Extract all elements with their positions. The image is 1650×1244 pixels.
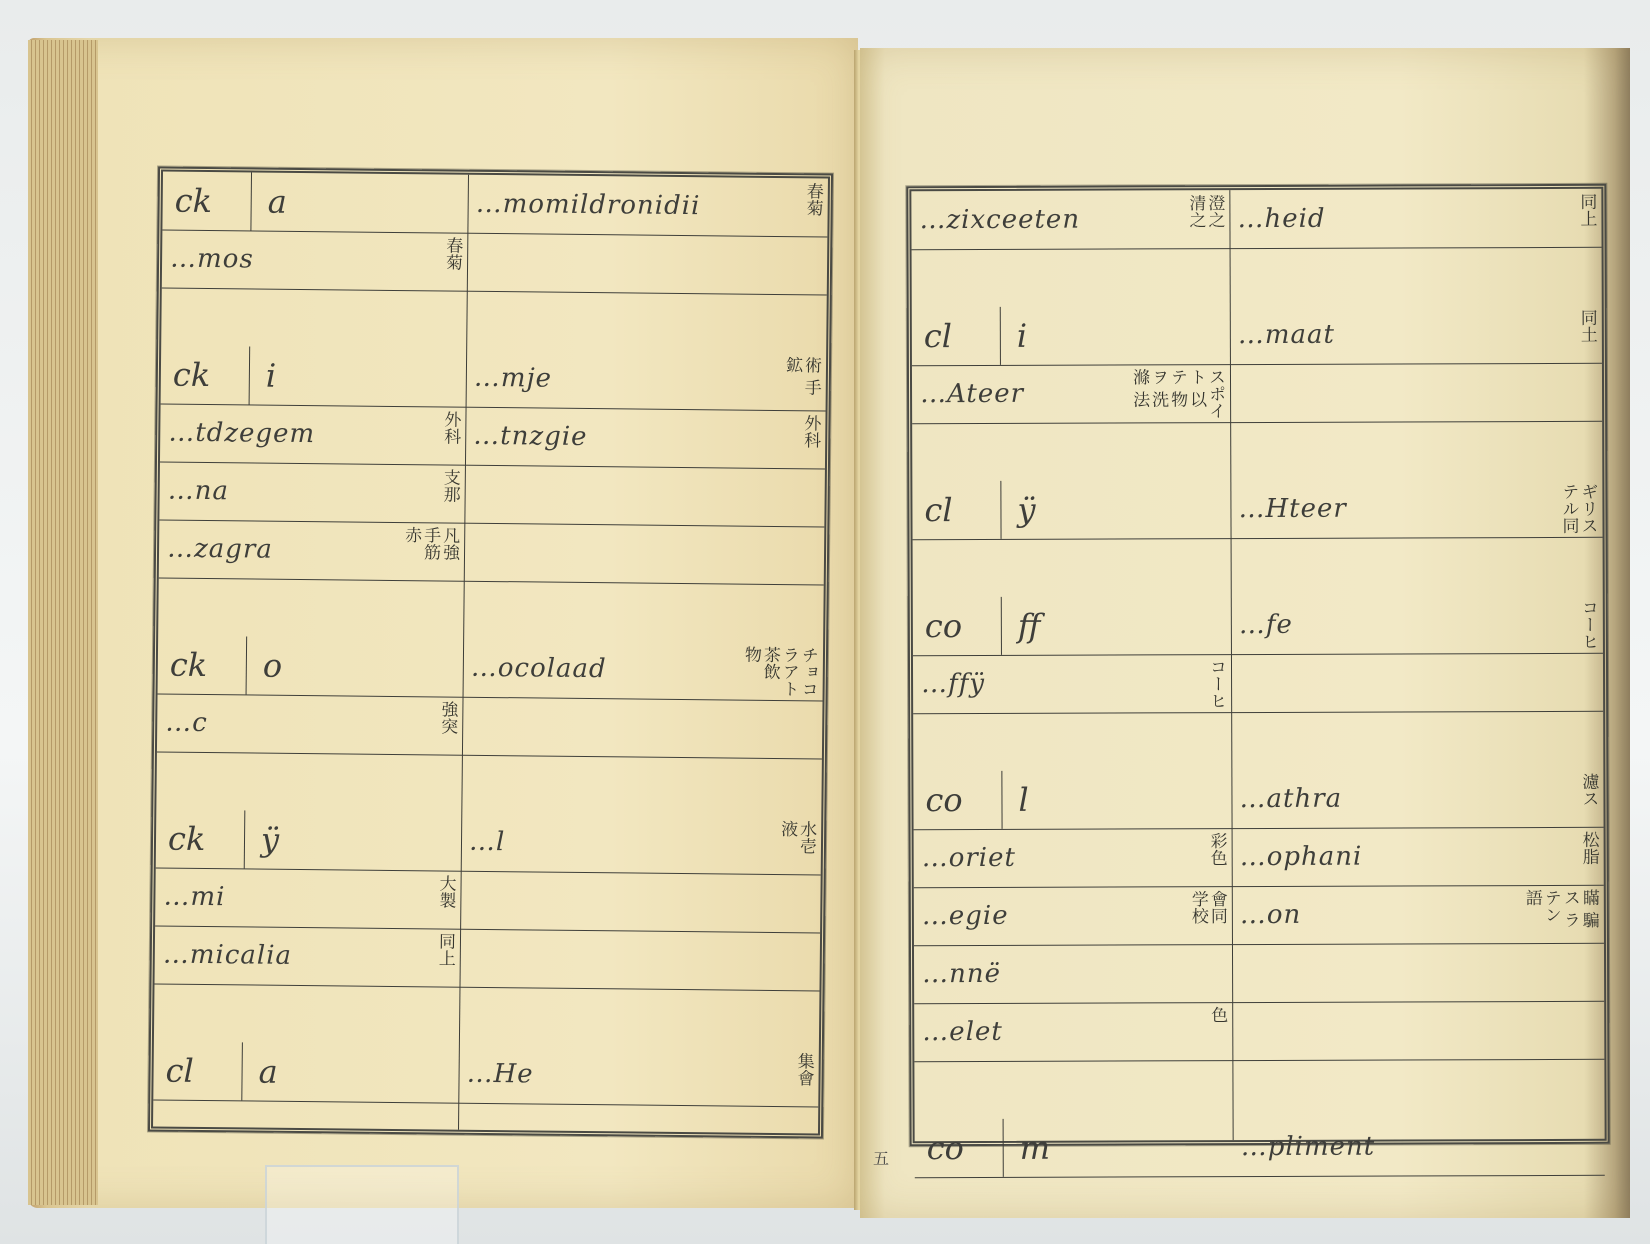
table-row: …nnë: [914, 943, 1604, 1004]
head-divider: [1003, 1119, 1004, 1177]
japanese-gloss: チョコラアト 茶飲 物: [741, 646, 818, 701]
dutch-word: …egie: [922, 901, 1009, 931]
japanese-gloss: ギリス テル同: [1558, 483, 1596, 537]
table-cell: …feコーヒ: [1231, 595, 1603, 654]
table-cell: …tdzegem外科: [160, 404, 466, 465]
dutch-word: …elet: [922, 1017, 1003, 1047]
section-letter: ÿ: [261, 821, 279, 859]
table-cell: …ffÿコーヒ: [913, 654, 1231, 713]
dutch-word: …maat: [1238, 320, 1335, 350]
section-letter: ÿ: [1017, 491, 1035, 529]
section-letter: i: [266, 357, 277, 395]
dutch-word: …tdzegem: [168, 418, 315, 450]
section-letter: i: [1017, 317, 1027, 355]
dutch-word: …tnzgie: [473, 421, 588, 452]
page-edges: [28, 40, 98, 1205]
dutch-word: …zixceeten: [919, 205, 1080, 236]
dutch-word: …ophani: [1240, 842, 1363, 872]
open-notebook: cka…momildronidii春菊…mos春菊cki…mje術 手鉱…tdz…: [28, 30, 1633, 1230]
dutch-word: …heid: [1237, 204, 1325, 234]
head-divider: [1001, 771, 1002, 829]
japanese-gloss: 會同 学校: [1188, 890, 1226, 944]
head-divider: [1000, 307, 1001, 365]
table-cell: …zixceeten澄之 清之: [911, 190, 1229, 249]
table-row: ckÿ…l水壱 液: [156, 810, 822, 876]
dutch-word: …fe: [1239, 610, 1293, 640]
section-head: co: [927, 1129, 964, 1167]
head-divider: [244, 810, 246, 868]
dutch-word: …momildronidii: [476, 189, 701, 221]
table-row: …elet色: [914, 1001, 1604, 1062]
table-cell: …micalia同上: [155, 926, 461, 987]
table-cell: …athra濾ス: [1231, 769, 1603, 828]
table-row: …oriet彩色…ophani松脂: [914, 827, 1604, 888]
japanese-gloss: 春菊: [803, 182, 822, 216]
dutch-word: …na: [168, 476, 230, 507]
table-cell: …Hteerギリス テル同: [1230, 479, 1602, 538]
table-row: …mi大製: [155, 868, 821, 934]
dutch-word: …ocolaad: [471, 653, 607, 684]
dutch-word: …on: [1240, 900, 1302, 930]
table-cell: …zagra凡強 手筋 赤: [159, 520, 465, 581]
japanese-gloss: 外科: [800, 414, 819, 448]
japanese-gloss: 澄之 清之: [1185, 194, 1223, 248]
japanese-gloss: コーヒ: [1206, 658, 1225, 709]
section-letter: l: [1018, 781, 1028, 819]
table-row: cli…maat同土: [912, 305, 1602, 366]
section-head: cl: [924, 491, 952, 529]
table-row: …ffÿコーヒ: [913, 653, 1603, 714]
dutch-word: …mje: [474, 363, 552, 394]
dutch-word: …mos: [170, 244, 254, 275]
table-cell: …ocolaadチョコラアト 茶飲 物: [463, 639, 824, 701]
japanese-gloss: 彩色: [1207, 832, 1226, 866]
section-head: co: [925, 607, 962, 645]
japanese-gloss: 術 手鉱: [782, 356, 821, 410]
table-cell: …na支那: [159, 462, 465, 523]
table-cell: …l水壱 液: [461, 813, 822, 875]
table-row: clÿ…Hteerギリス テル同: [912, 479, 1602, 540]
table-cell: …He集會: [458, 1045, 819, 1107]
table-row: coff…feコーヒ: [913, 595, 1603, 656]
dutch-word: …nnë: [922, 959, 1001, 989]
japanese-gloss: 強突: [437, 700, 456, 734]
section-head: co: [925, 781, 962, 819]
japanese-gloss: 同上: [1576, 193, 1595, 227]
table-cell: …oriet彩色: [914, 828, 1232, 887]
head-divider: [1001, 597, 1002, 655]
table-row: …egie會同 学校…on瞞 騙ス ラテン 語: [914, 885, 1604, 946]
table-cell: …momildronidii春菊: [467, 175, 828, 237]
japanese-gloss: 支那: [440, 468, 459, 502]
table-cell: …pliment: [1233, 1117, 1605, 1176]
japanese-gloss: 色: [1207, 1006, 1226, 1023]
dutch-word: …zagra: [167, 534, 273, 565]
dutch-word: …mi: [163, 882, 225, 913]
table-row: com…pliment: [915, 1117, 1605, 1178]
section-letter: ff: [1018, 607, 1041, 645]
section-letter: m: [1020, 1129, 1050, 1167]
japanese-gloss: 水壱 液: [777, 820, 816, 874]
japanese-gloss: 集會: [793, 1052, 812, 1086]
dutch-word: …l: [469, 827, 506, 857]
head-divider: [241, 1042, 243, 1100]
japanese-gloss: 同上: [435, 932, 454, 966]
japanese-gloss: 瞞 騙ス ラテン 語: [1522, 889, 1598, 943]
table-row: cka…momildronidii春菊: [162, 172, 828, 238]
section-letter: o: [263, 647, 283, 685]
section-letter: a: [268, 183, 287, 221]
section-head: ck: [170, 646, 208, 684]
left-page-table: cka…momildronidii春菊…mos春菊cki…mje術 手鉱…tdz…: [148, 166, 833, 1138]
japanese-gloss: 濾ス: [1578, 773, 1597, 807]
table-row: …tdzegem外科…tnzgie外科: [160, 404, 826, 470]
table-cell: …heid同上: [1229, 189, 1601, 248]
dutch-word: …athra: [1239, 784, 1342, 814]
dutch-word: …Ateer: [920, 379, 1024, 409]
dutch-word: …micalia: [163, 940, 292, 971]
table-row: …zixceeten澄之 清之…heid同上: [911, 189, 1601, 250]
table-cell: …mi大製: [155, 868, 461, 929]
japanese-gloss: 外科: [440, 410, 459, 444]
japanese-gloss: 春菊: [442, 236, 461, 270]
table-row: …micalia同上: [155, 926, 821, 992]
dutch-word: …c: [165, 708, 208, 738]
table-cell: …Ateerスポイト 以テ 物ヲ 洗滌 法: [912, 364, 1230, 423]
table-row: …Ateerスポイト 以テ 物ヲ 洗滌 法: [912, 363, 1602, 424]
right-page-table: …zixceeten澄之 清之…heid同上cli…maat同土…Ateerスポ…: [906, 184, 1609, 1146]
table-cell: …elet色: [914, 1002, 1232, 1061]
japanese-gloss: 凡強 手筋 赤: [401, 526, 459, 581]
japanese-gloss: 大製: [435, 874, 454, 908]
dutch-word: …Hteer: [1238, 494, 1346, 524]
table-row: …zagra凡強 手筋 赤: [159, 520, 825, 586]
head-divider: [246, 636, 248, 694]
japanese-gloss: 同土: [1577, 309, 1596, 343]
acrylic-book-stand: [265, 1165, 459, 1244]
table-cell: …mos春菊: [162, 230, 468, 291]
table-row: …na支那: [159, 462, 825, 528]
section-head: cl: [924, 317, 952, 355]
section-head: ck: [175, 182, 213, 220]
table-row: …c強突: [157, 694, 823, 760]
dutch-word: …ffÿ: [921, 669, 985, 699]
head-divider: [1000, 481, 1001, 539]
japanese-gloss: コーヒ: [1578, 599, 1597, 650]
table-cell: …ophani松脂: [1232, 827, 1604, 886]
table-cell: …tnzgie外科: [465, 407, 826, 469]
section-letter: a: [258, 1053, 277, 1091]
section-head: ck: [173, 356, 211, 394]
dutch-word: …oriet: [922, 843, 1016, 873]
head-divider: [249, 346, 251, 404]
table-cell: …on瞞 騙ス ラテン 語: [1232, 885, 1604, 944]
table-row: cki…mje術 手鉱: [161, 346, 827, 412]
japanese-gloss: 松脂: [1579, 831, 1598, 865]
japanese-gloss: スポイト 以テ 物ヲ 洗滌 法: [1129, 368, 1224, 422]
table-row: col…athra濾ス: [913, 769, 1603, 830]
table-cell: …maat同土: [1230, 305, 1602, 364]
table-cell: …mje術 手鉱: [466, 349, 827, 411]
table-cell: …egie會同 学校: [914, 886, 1232, 945]
page-number: 五: [873, 1146, 889, 1169]
table-row: cko…ocolaadチョコラアト 茶飲 物: [158, 636, 824, 702]
dutch-word: …He: [466, 1059, 533, 1090]
section-head: cl: [165, 1052, 194, 1090]
dutch-word: …pliment: [1241, 1132, 1376, 1162]
table-cell: …nnë: [914, 944, 1232, 1003]
head-divider: [250, 172, 252, 230]
table-row: cla…He集會: [153, 1041, 819, 1107]
section-head: ck: [168, 820, 206, 858]
table-cell: …c強突: [157, 694, 463, 755]
table-row: …mos春菊: [162, 230, 828, 296]
